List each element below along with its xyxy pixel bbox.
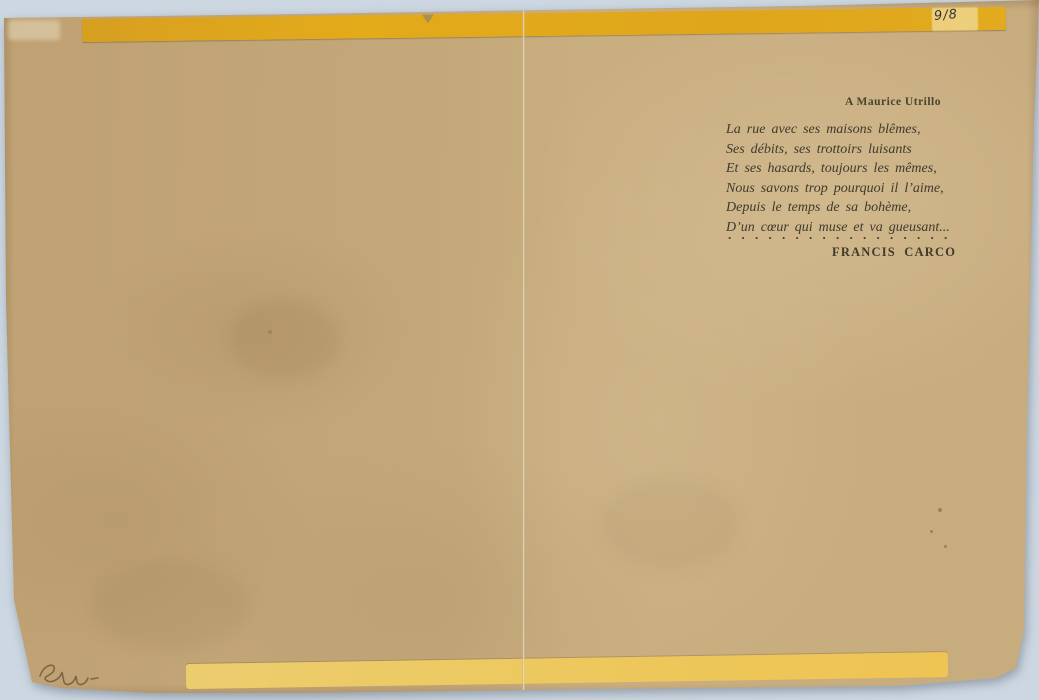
poem-line: Depuis le temps de sa bohème, xyxy=(726,198,950,218)
poem-line: La rue avec ses maisons blêmes, xyxy=(726,120,950,140)
photo-scene: 9/8 A Maurice Utrillo La rue avec ses ma… xyxy=(0,0,1039,700)
poem-line: Nous savons trop pourquoi il l’aime, xyxy=(726,179,950,199)
poem-lines: La rue avec ses maisons blêmes, Ses débi… xyxy=(726,120,950,237)
folio-page: 9/8 A Maurice Utrillo La rue avec ses ma… xyxy=(0,0,1039,700)
poem-dedication: A Maurice Utrillo xyxy=(845,96,941,108)
paper-speck xyxy=(938,508,942,512)
tape-residue-patch xyxy=(8,20,60,40)
paper-stain xyxy=(600,480,740,570)
paper-stain xyxy=(230,300,340,380)
pencil-scribble xyxy=(30,658,114,698)
ellipsis-row: . . . . . . . . . . . . . . . . . xyxy=(728,227,947,243)
paper-speck xyxy=(944,545,947,548)
handwritten-number: 9/8 xyxy=(933,7,958,24)
paper-speck xyxy=(268,330,272,334)
tape-strip-top xyxy=(82,7,1006,42)
tape-notch xyxy=(422,14,434,23)
center-fold-crease xyxy=(522,6,525,692)
poem-line: Et ses hasards, toujours les mêmes, xyxy=(726,159,950,179)
tape-strip-bottom xyxy=(186,652,948,689)
folio-page-wrapper: 9/8 A Maurice Utrillo La rue avec ses ma… xyxy=(0,0,1039,700)
paper-stain xyxy=(90,560,250,650)
poem-line: Ses débits, ses trottoirs luisants xyxy=(726,140,950,160)
paper-speck xyxy=(930,530,933,533)
poem-author: FRANCIS CARCO xyxy=(832,245,956,260)
poem-block: A Maurice Utrillo La rue avec ses maison… xyxy=(726,90,961,270)
